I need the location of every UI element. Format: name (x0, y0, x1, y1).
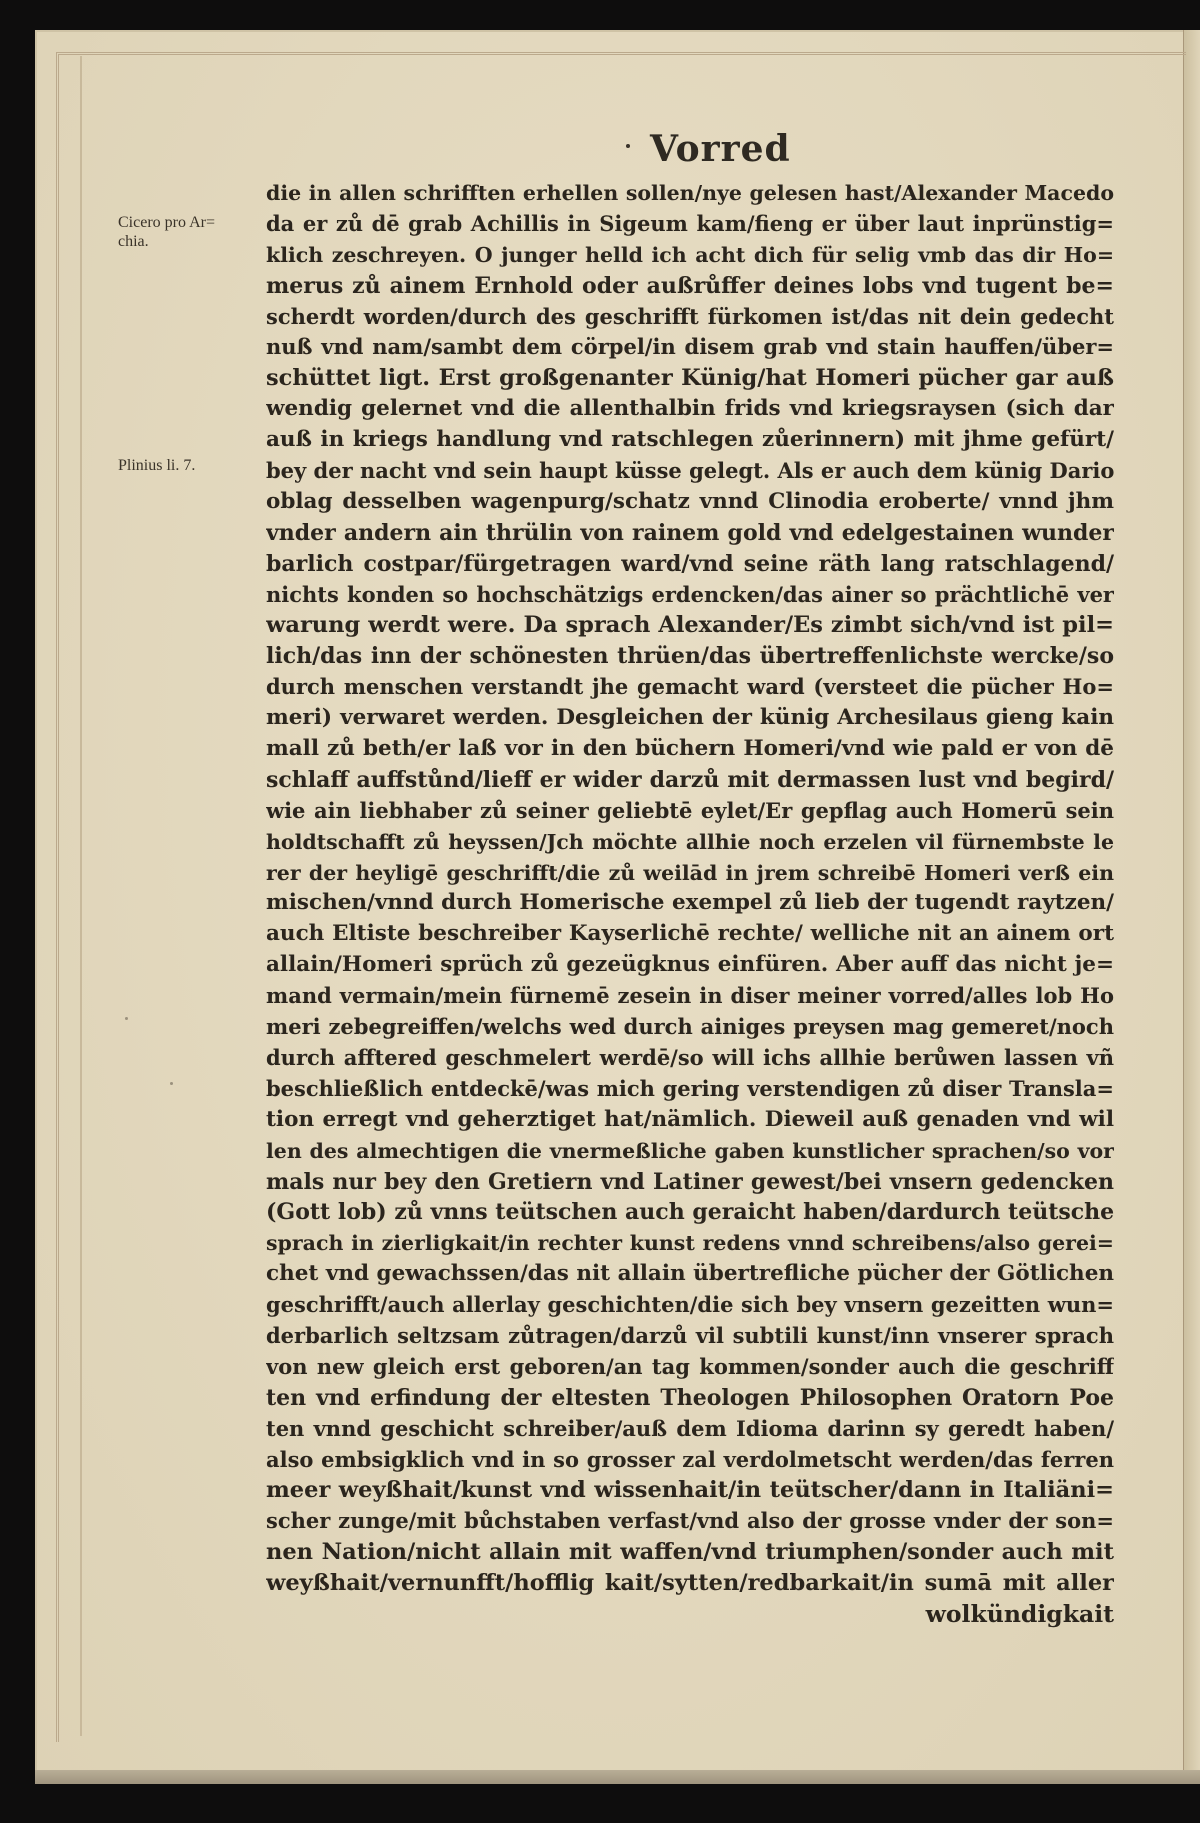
paper-speck (125, 1017, 128, 1020)
text-line: nen Nation/nicht allain mit waffen/vnd t… (266, 1537, 1114, 1568)
text-line-catchword: wolkündigkait (266, 1599, 1114, 1630)
text-line: tion erregt vnd geherztiget hat/nämlich.… (266, 1105, 1114, 1136)
text-line: von new gleich erst geboren/an tag komme… (266, 1352, 1114, 1383)
text-line: ten vnd erfindung der eltesten Theologen… (266, 1383, 1114, 1414)
text-line: lich/das inn der schönesten thrüen/das ü… (266, 641, 1114, 672)
margin-note-plinius: Plinius li. 7. (118, 456, 195, 475)
text-line: mals nur bey den Gretiern vnd Latiner ge… (266, 1167, 1114, 1198)
text-line: meer weyßhait/kunst vnd wissenhait/in te… (266, 1475, 1114, 1506)
text-line: ten vnnd geschicht schreiber/auß dem Idi… (266, 1414, 1114, 1445)
text-line: sprach in zierligkait/in rechter kunst r… (266, 1228, 1114, 1259)
text-line: durch afftered geschmelert werdē/so will… (266, 1043, 1114, 1074)
text-line: auß in kriegs handlung vnd ratschlegen z… (266, 425, 1114, 456)
text-line: schüttet ligt. Erst großgenanter Künig/h… (266, 363, 1114, 394)
text-line: schlaff auffstůnd/lieff er wider darzů m… (266, 765, 1114, 796)
text-line: (Gott lob) zů vnns teütschen auch geraic… (266, 1197, 1114, 1228)
text-line: mall zů beth/er laß vor in den büchern H… (266, 734, 1114, 765)
margin-note-line: chia. (118, 232, 215, 251)
text-line: barlich costpar/fürgetragen ward/vnd sei… (266, 549, 1114, 580)
text-line: durch menschen verstandt jhe gemacht war… (266, 672, 1114, 703)
text-line: scherdt worden/durch des geschrifft fürk… (266, 302, 1114, 333)
text-line: geschrifft/auch allerlay geschichten/die… (266, 1290, 1114, 1321)
text-line: chet vnd gewachssen/das nit allain übert… (266, 1259, 1114, 1290)
text-line: nuß vnd nam/sambt dem cörpel/in disem gr… (266, 332, 1114, 363)
text-line: wie ain liebhaber zů seiner geliebtē eyl… (266, 796, 1114, 827)
text-line: oblag desselben wagenpurg/schatz vnnd Cl… (266, 487, 1114, 518)
text-line: also embsigklich vnd in so grosser zal v… (266, 1445, 1114, 1476)
text-line: wendig gelernet vnd die allenthalbin fri… (266, 394, 1114, 425)
binding-fold-line (80, 56, 87, 1736)
text-line: mand vermain/mein fürnemē zesein in dise… (266, 981, 1114, 1012)
text-line: vnder andern ain thrülin von rainem gold… (266, 518, 1114, 549)
text-line: merus zů ainem Ernhold oder außrůffer de… (266, 271, 1114, 302)
text-line: beschließlich entdeckē/was mich gering v… (266, 1074, 1114, 1105)
text-line: rer der heyligē geschrifft/die zů weilād… (266, 858, 1114, 889)
text-line: mischen/vnnd durch Homerische exempel zů… (266, 888, 1114, 919)
page-bottom-edge (35, 1770, 1200, 1784)
text-line: bey der nacht vnd sein haupt küsse geleg… (266, 456, 1114, 487)
text-line: klich zeschreyen. O junger helld ich ach… (266, 240, 1114, 271)
text-line: scher zunge/mit bůchstaben verfast/vnd a… (266, 1506, 1114, 1537)
text-line: da er zů dē grab Achillis in Sigeum kam/… (266, 209, 1114, 240)
text-line: meri) verwaret werden. Desgleichen der k… (266, 703, 1114, 734)
text-line: weyßhait/vernunfft/hofflig kait/sytten/r… (266, 1568, 1114, 1599)
paper-speck (170, 1082, 173, 1085)
body-text-block: die in allen schrifften erhellen sollen/… (266, 178, 1114, 1630)
text-line: allain/Homeri sprüch zů gezeügknus einfü… (266, 950, 1114, 981)
margin-note-line: Plinius li. 7. (118, 456, 195, 475)
margin-note-cicero: Cicero pro Ar= chia. (118, 213, 215, 251)
text-line: meri zebegreiffen/welchs wed durch ainig… (266, 1012, 1114, 1043)
text-line: die in allen schrifften erhellen sollen/… (266, 178, 1114, 209)
text-line: warung werdt were. Da sprach Alexander/E… (266, 610, 1114, 641)
text-line: nichts konden so hochschätzigs erdencken… (266, 580, 1114, 611)
margin-note-line: Cicero pro Ar= (118, 213, 215, 232)
header-dot-mark (626, 144, 630, 148)
text-line: holdtschafft zů heyssen/Jch möchte allhi… (266, 827, 1114, 858)
text-line: len des almechtigen die vnermeßliche gab… (266, 1136, 1114, 1167)
text-line: auch Eltiste beschreiber Kayserlichē rec… (266, 919, 1114, 950)
text-line: derbarlich seltzsam zůtragen/darzů vil s… (266, 1321, 1114, 1352)
running-head: Vorred (650, 128, 791, 170)
